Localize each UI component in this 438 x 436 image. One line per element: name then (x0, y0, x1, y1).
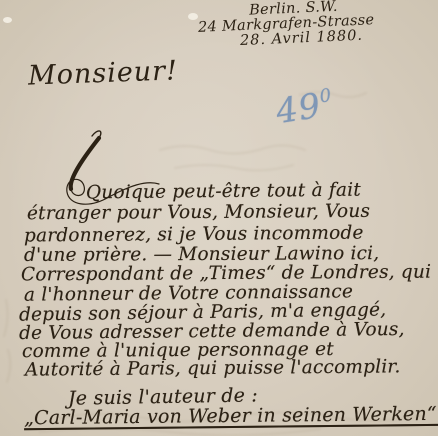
body-line: étranger pour Vous, Monsieur, Vous (27, 202, 370, 224)
book-title: „Carl-Maria von Weber in seinen Werken“. (24, 404, 438, 428)
letter-page: Berlin. S.W. 24 Markgrafen-Strasse 28. A… (0, 0, 438, 436)
body-line: Quoique peut-être tout à fait (86, 181, 361, 204)
salutation: Monsieur! (28, 55, 179, 91)
archival-number: 490 (273, 84, 336, 133)
body-line: Autorité à Paris, qui puisse l'accomplir… (25, 357, 401, 380)
paper-speck (3, 17, 12, 23)
letter-header: Berlin. S.W. 24 Markgrafen-Strasse 28. A… (197, 0, 375, 51)
archival-superscript: 0 (318, 85, 334, 108)
archival-digits: 49 (273, 86, 324, 133)
